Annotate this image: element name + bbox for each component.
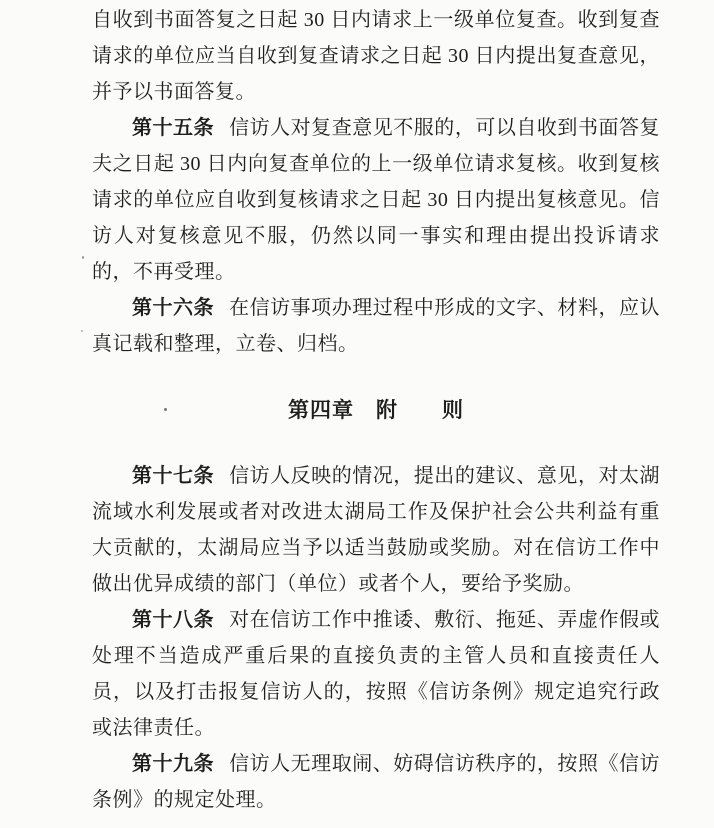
scanned-document-page: { "page": { "background": "#fbfbf9", "te… [0,0,714,828]
article-number: 第十八条 [132,609,214,631]
article-paragraph-16: 第十六条在信访事项办理过程中形成的文字、材料，应认真记载和整理，立卷、归档。 [92,290,660,362]
article-number: 第十九条 [132,753,214,775]
chapter-heading: 第四章 附 则 [92,392,660,428]
article-paragraph-19: 第十九条信访人无理取闹、妨碍信访秩序的，按照《信访条例》的规定处理。 [92,746,660,818]
scan-artifact-dot [82,256,84,259]
article-number: 第十六条 [132,297,214,319]
article-paragraph-17: 第十七条信访人反映的情况，提出的建议、意见，对太湖流域水利发展或者对改进太湖局工… [92,458,660,602]
article-paragraph-18: 第十八条对在信访工作中推诿、敷衍、拖延、弄虚作假或处理不当造成严重后果的直接负责… [92,602,660,746]
article-number: 第十五条 [132,117,214,139]
text-column: 自收到书面答复之日起 30 日内请求上一级单位复查。收到复查请求的单位应当自收到… [92,2,660,818]
document-page: 自收到书面答复之日起 30 日内请求上一级单位复查。收到复查请求的单位应当自收到… [0,0,714,828]
scan-artifact-dot [164,408,167,411]
article-paragraph-15: 第十五条信访人对复查意见不服的，可以自收到书面答复夫之日起 30 日内向复查单位… [92,110,660,290]
paragraph-continuation: 自收到书面答复之日起 30 日内请求上一级单位复查。收到复查请求的单位应当自收到… [92,2,660,110]
article-text: 信访人对复查意见不服的，可以自收到书面答复夫之日起 30 日内向复查单位的上一级… [92,117,660,283]
scan-artifact-dot [81,330,83,332]
paragraph-text: 自收到书面答复之日起 30 日内请求上一级单位复查。收到复查请求的单位应当自收到… [92,9,660,103]
article-number: 第十七条 [132,465,214,487]
